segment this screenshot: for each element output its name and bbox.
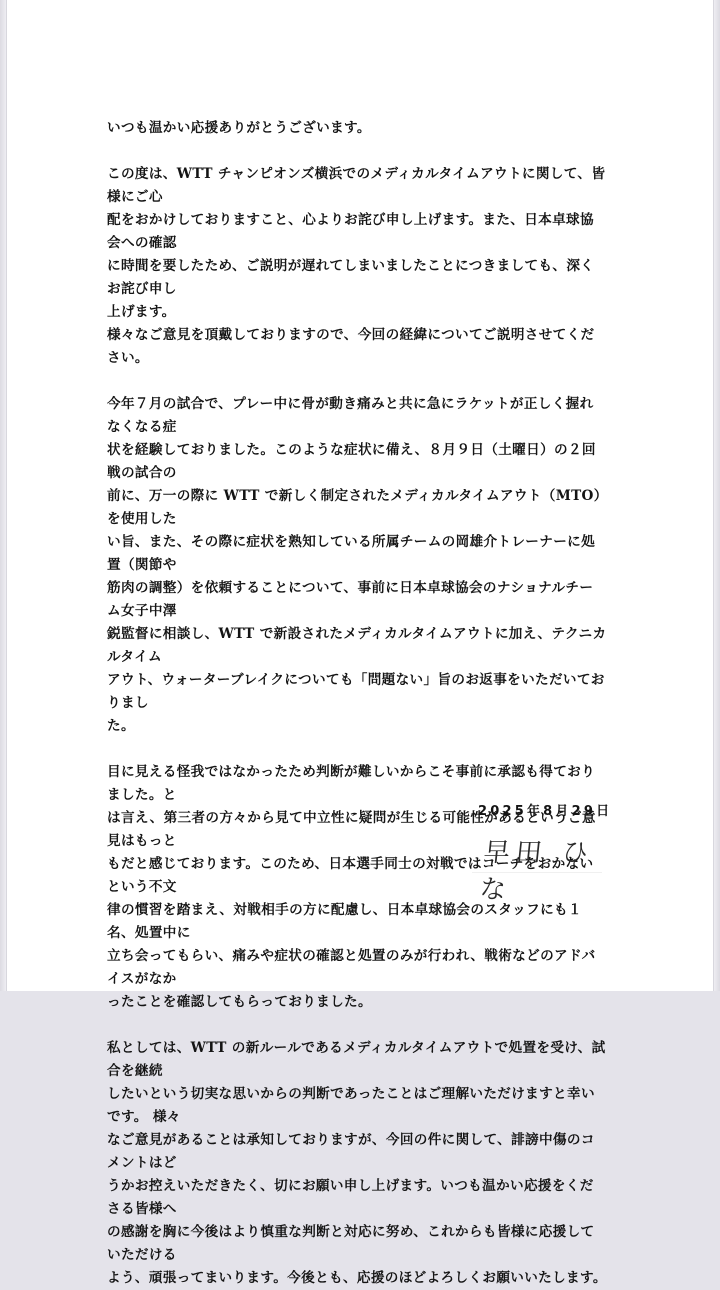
paragraph-apology: この度は、WTT チャンピオンズ横浜でのメディカルタイムアウトに関して、皆様にご… xyxy=(107,163,607,370)
paragraph-spacer xyxy=(107,370,607,393)
signature-name: 早田 ひな xyxy=(478,832,616,906)
signature-underline xyxy=(472,872,602,873)
signature: 早田 ひな xyxy=(482,832,612,876)
paragraph-spacer xyxy=(107,140,607,163)
page-frame-right xyxy=(714,0,720,991)
paragraph-spacer xyxy=(107,738,607,761)
greeting: いつも温かい応援ありがとうございます。 xyxy=(107,117,607,140)
paragraph-background: 今年７月の試合で、プレー中に骨が動き痛みと共に急にラケットが正しく握れなくなる症… xyxy=(107,393,607,738)
letter-date: 2025年8月29日 xyxy=(478,800,612,819)
